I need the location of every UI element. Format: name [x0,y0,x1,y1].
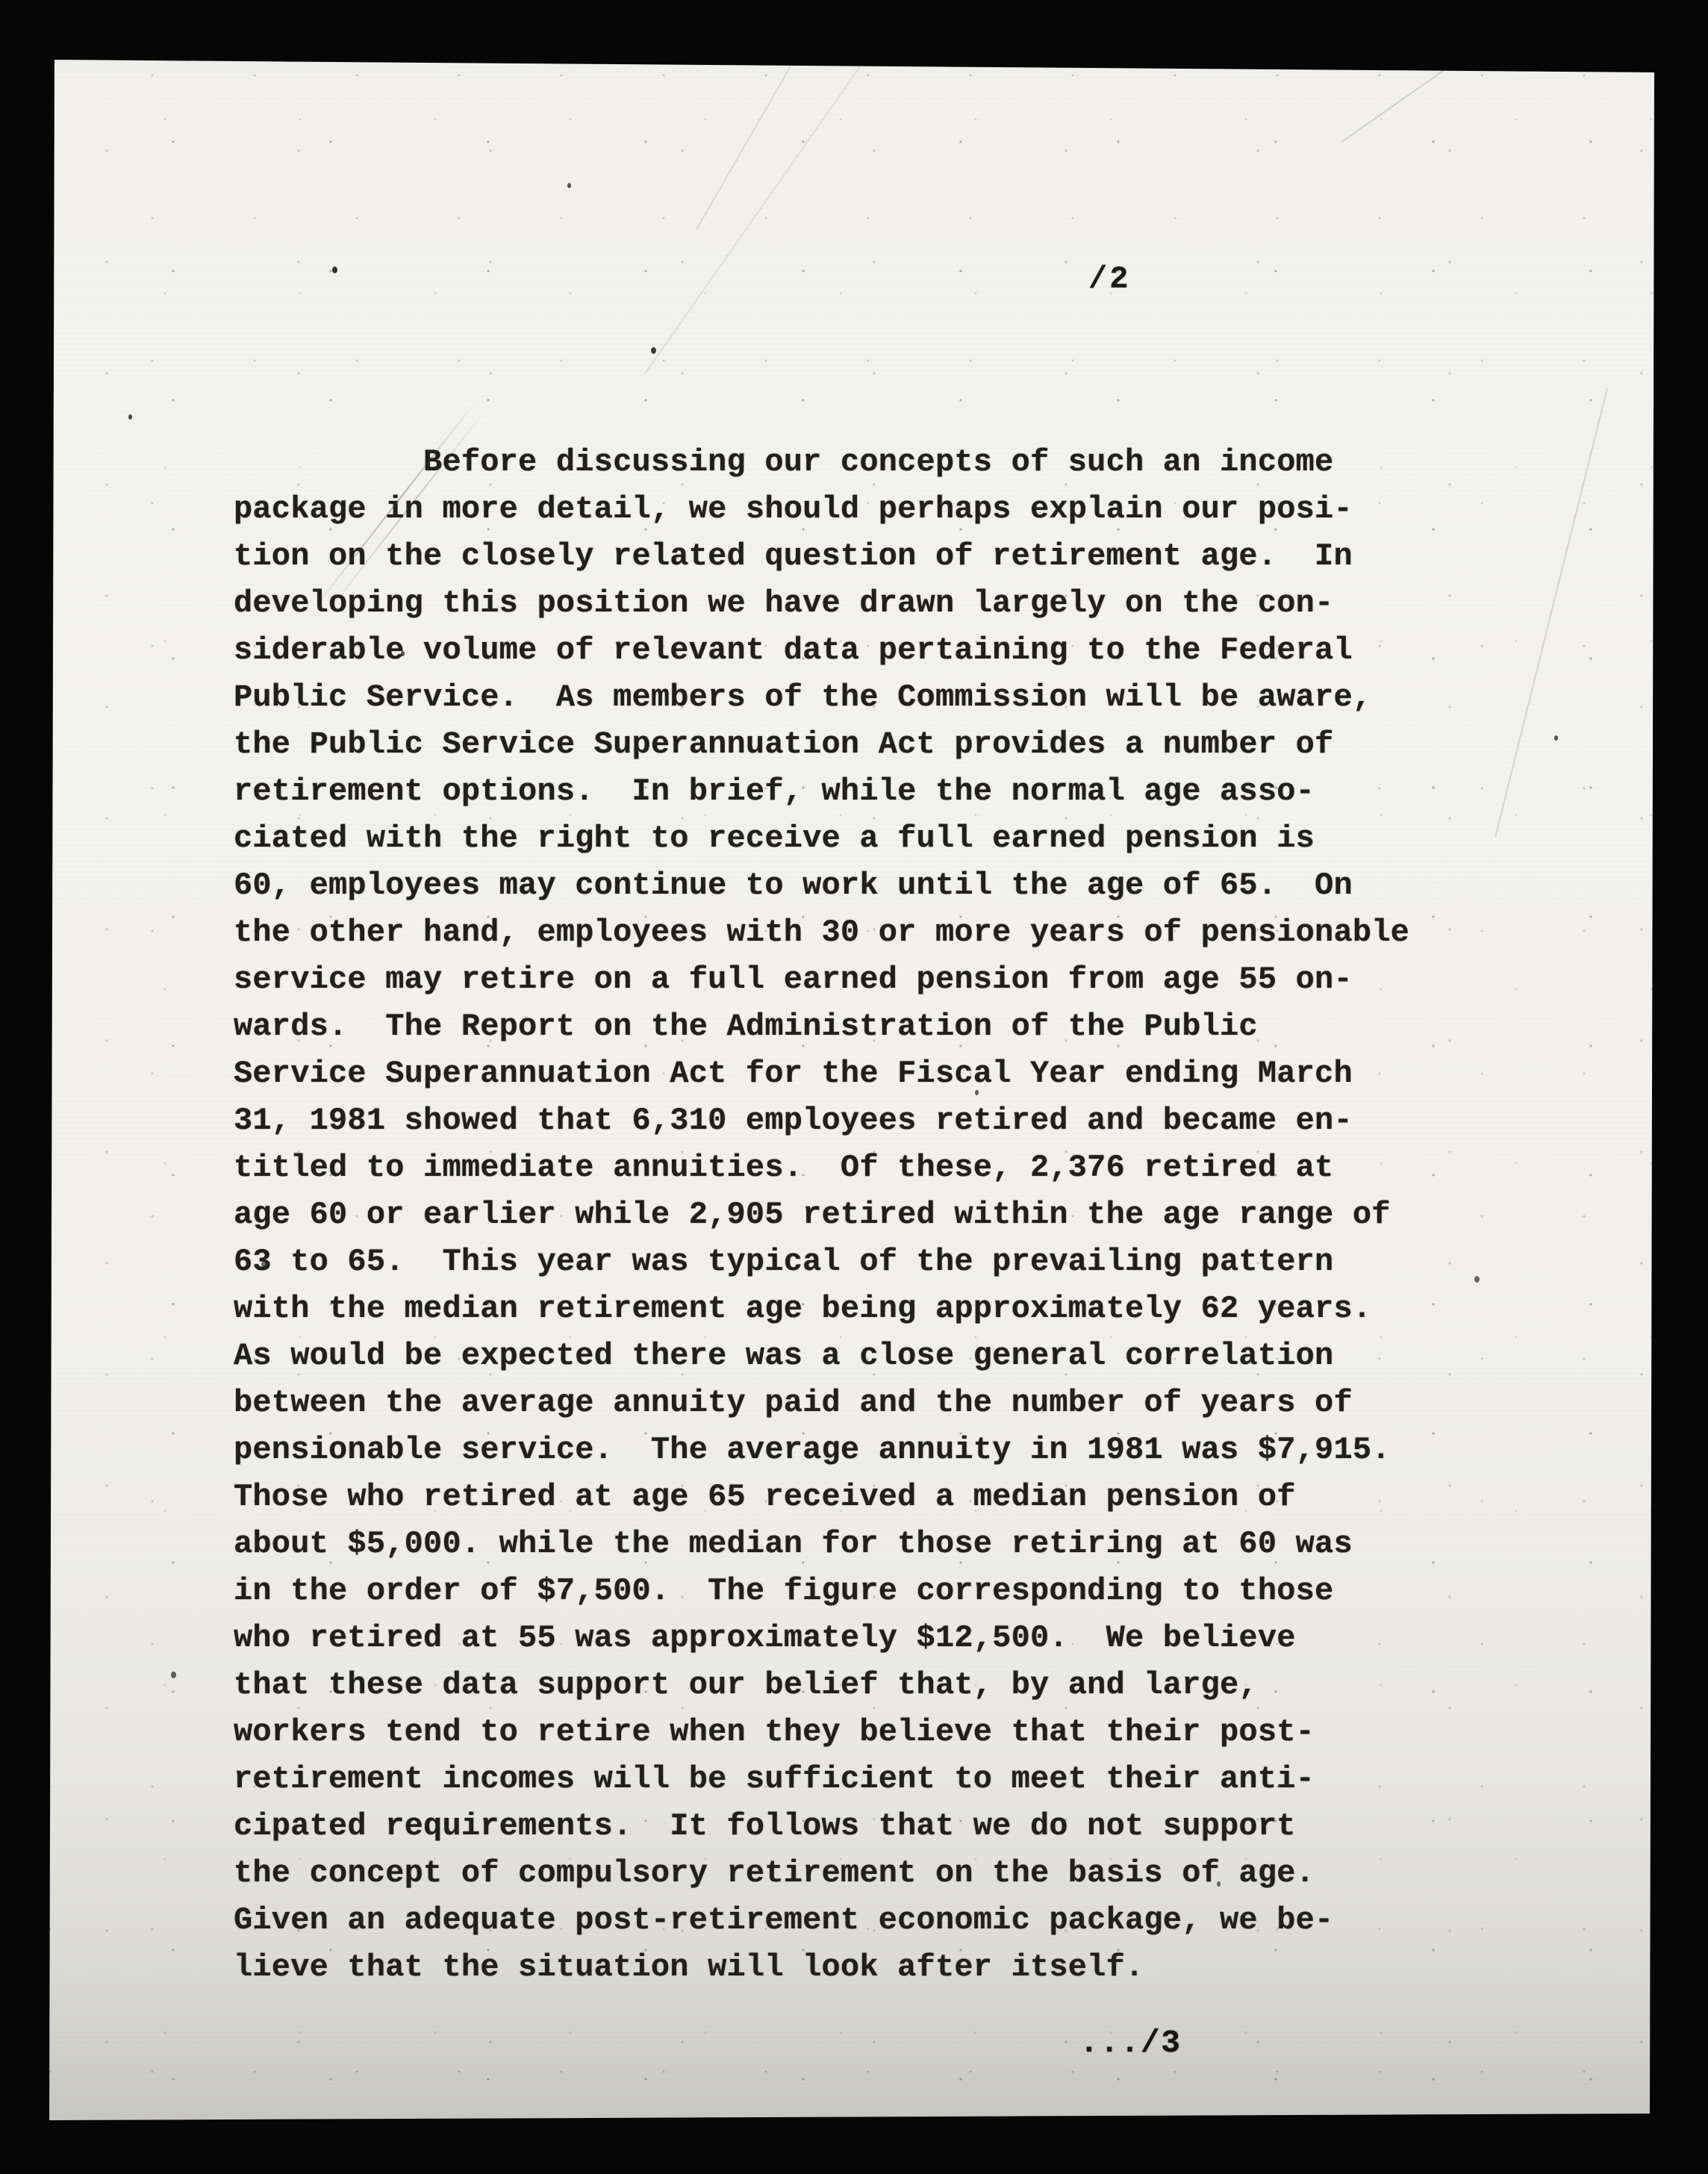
text-line: who retired at 55 was approximately $12,… [234,1615,1458,1662]
text-line: retirement incomes will be sufficient to… [234,1756,1458,1803]
text-line: the Public Service Superannuation Act pr… [234,721,1458,768]
text-line: workers tend to retire when they believe… [234,1709,1458,1756]
text-line: pensionable service. The average annuity… [234,1427,1458,1474]
text-line: Public Service. As members of the Commis… [234,674,1458,721]
text-line: siderable volume of relevant data pertai… [234,627,1458,674]
text-line: titled to immediate annuities. Of these,… [234,1144,1458,1192]
text-line: retirement options. In brief, while the … [234,768,1458,815]
film-scratch [1494,388,1608,838]
text-line: 31, 1981 showed that 6,310 employees ret… [234,1097,1458,1144]
text-line: tion on the closely related question of … [234,533,1458,580]
film-scratch [1341,13,1526,143]
film-scratch [696,61,794,230]
scan-specks [0,0,4,5]
body-text: Before discussing our concepts of such a… [234,439,1458,1991]
text-line: 63 to 65. This year was typical of the p… [234,1239,1458,1286]
text-line: Given an adequate post-retirement econom… [234,1897,1458,1944]
text-line: that these data support our belief that,… [234,1662,1458,1709]
text-line: with the median retirement age being app… [234,1286,1458,1333]
text-line: Service Superannuation Act for the Fisca… [234,1050,1458,1097]
film-scratch [644,31,885,374]
text-line: age 60 or earlier while 2,905 retired wi… [234,1192,1458,1239]
text-line: in the order of $7,500. The figure corre… [234,1568,1458,1615]
text-line: As would be expected there was a close g… [234,1333,1458,1380]
text-line: lieve that the situation will look after… [234,1944,1458,1991]
text-line: ciated with the right to receive a full … [234,815,1458,862]
text-line: the concept of compulsory retirement on … [234,1850,1458,1897]
text-line: package in more detail, we should perhap… [234,486,1458,533]
text-line: Those who retired at age 65 received a m… [234,1474,1458,1521]
text-line: developing this position we have drawn l… [234,580,1458,627]
text-line: wards. The Report on the Administration … [234,1003,1458,1050]
text-line: between the average annuity paid and the… [234,1380,1458,1427]
text-line: 60, employees may continue to work until… [234,862,1458,909]
text-line: cipated requirements. It follows that we… [234,1803,1458,1850]
continuation-mark: .../3 [1079,2025,1182,2061]
text-line: the other hand, employees with 30 or mor… [234,909,1458,956]
text-line: about $5,000. while the median for those… [234,1521,1458,1568]
text-line: service may retire on a full earned pens… [234,956,1458,1003]
text-line: Before discussing our concepts of such a… [234,439,1458,486]
document-page: /2 Before discussing our concepts of suc… [0,0,1708,2174]
film-background: /2 Before discussing our concepts of suc… [0,0,1708,2174]
page-number: /2 [1088,261,1130,297]
